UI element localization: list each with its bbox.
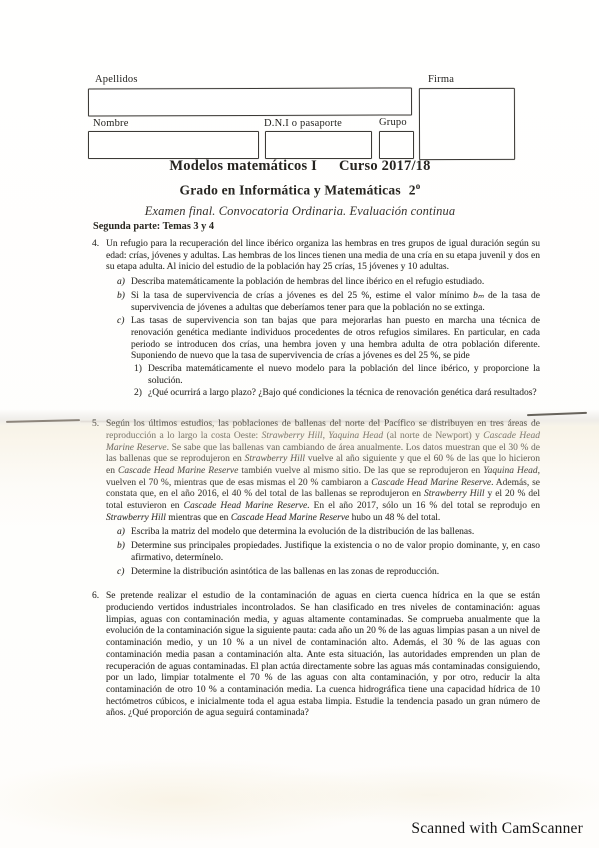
question: 4.Un refugio para la recuperación del li…	[92, 239, 540, 400]
question-number: 5.	[92, 419, 106, 578]
item-text: Determine la distribución asintótica de …	[131, 567, 540, 579]
degree-name: Grado en Informática y Matemáticas	[180, 183, 401, 198]
item-text: Describa matemáticamente la población de…	[131, 277, 540, 289]
apellidos-label: Apellidos	[95, 74, 138, 85]
degree-line: Grado en Informática y Matemáticas2o	[60, 181, 540, 199]
exam-course: Curso 2017/18	[339, 158, 431, 175]
question-body: Un refugio para la recuperación del linc…	[106, 239, 540, 400]
question-item: c)Las tasas de supervivencia son tan baj…	[117, 316, 540, 400]
question-body: Se pretende realizar el estudio de la co…	[106, 591, 540, 720]
item-text: Las tasas de supervivencia son tan bajas…	[131, 316, 540, 400]
exam-title-line: Modelos matemáticos ICurso 2017/18	[60, 158, 540, 175]
section-heading: Segunda parte: Temas 3 y 4	[93, 221, 214, 232]
dni-field	[265, 131, 372, 159]
question-subitem: 2)¿Qué ocurrirá a largo plazo? ¿Bajo qué…	[134, 388, 540, 400]
scan-crease-mark-left	[6, 419, 80, 423]
grupo-field	[379, 131, 414, 159]
questions-list: 4.Un refugio para la recuperación del li…	[92, 239, 540, 720]
firma-label: Firma	[428, 74, 454, 85]
question-body: Según los últimos estudios, las poblacio…	[106, 419, 540, 578]
item-label: c)	[117, 567, 131, 579]
question-text: Según los últimos estudios, las poblacio…	[106, 419, 540, 524]
subitem-label: 2)	[134, 388, 148, 400]
item-label: a)	[117, 527, 131, 539]
apellidos-field	[88, 87, 412, 116]
question: 6.Se pretende realizar el estudio de la …	[92, 591, 540, 720]
question-item: a)Describa matemáticamente la población …	[117, 277, 540, 289]
firma-field	[419, 88, 515, 160]
question-item: b)Si la tasa de supervivencia de crías a…	[117, 291, 540, 314]
question-items: a)Escriba la matriz del modelo que deter…	[117, 527, 540, 578]
exam-title: Modelos matemáticos I	[169, 158, 317, 174]
degree-year: 2o	[409, 181, 421, 199]
exam-subtitle: Examen final. Convocatoria Ordinaria. Ev…	[60, 204, 540, 219]
item-label: a)	[117, 277, 131, 289]
scanned-exam-page: Apellidos Firma Nombre D.N.I o pasaporte…	[0, 0, 599, 848]
question-text: Se pretende realizar el estudio de la co…	[106, 591, 540, 720]
item-text: Determine sus principales propiedades. J…	[131, 541, 540, 564]
question-item: c)Determine la distribución asintótica d…	[117, 567, 540, 579]
question-number: 4.	[92, 239, 106, 400]
question-item: a)Escriba la matriz del modelo que deter…	[117, 527, 540, 539]
exam-header: Modelos matemáticos ICurso 2017/18 Grado…	[60, 158, 540, 219]
question-text: Un refugio para la recuperación del linc…	[106, 239, 540, 274]
item-subitems: 1)Describa matemáticamente el nuevo mode…	[134, 364, 540, 400]
subitem-text: Describa matemáticamente el nuevo modelo…	[148, 364, 540, 387]
camscanner-watermark: Scanned with CamScanner	[411, 820, 583, 838]
question-subitem: 1)Describa matemáticamente el nuevo mode…	[134, 364, 540, 387]
item-label: b)	[117, 541, 131, 564]
nombre-label: Nombre	[93, 118, 129, 129]
item-label: b)	[117, 291, 131, 314]
item-label: c)	[117, 316, 131, 400]
question-items: a)Describa matemáticamente la población …	[117, 277, 540, 400]
item-text: Si la tasa de supervivencia de crías a j…	[131, 291, 540, 314]
subitem-label: 1)	[134, 364, 148, 387]
question-item: b)Determine sus principales propiedades.…	[117, 541, 540, 564]
question: 5.Según los últimos estudios, las poblac…	[92, 419, 540, 578]
scan-crease-line	[80, 421, 527, 422]
grupo-label: Grupo	[379, 117, 407, 128]
nombre-field	[88, 131, 259, 159]
question-number: 6.	[92, 591, 106, 720]
dni-label: D.N.I o pasaporte	[264, 118, 342, 129]
item-text: Escriba la matriz del modelo que determi…	[131, 527, 540, 539]
subitem-text: ¿Qué ocurrirá a largo plazo? ¿Bajo qué c…	[148, 388, 540, 400]
